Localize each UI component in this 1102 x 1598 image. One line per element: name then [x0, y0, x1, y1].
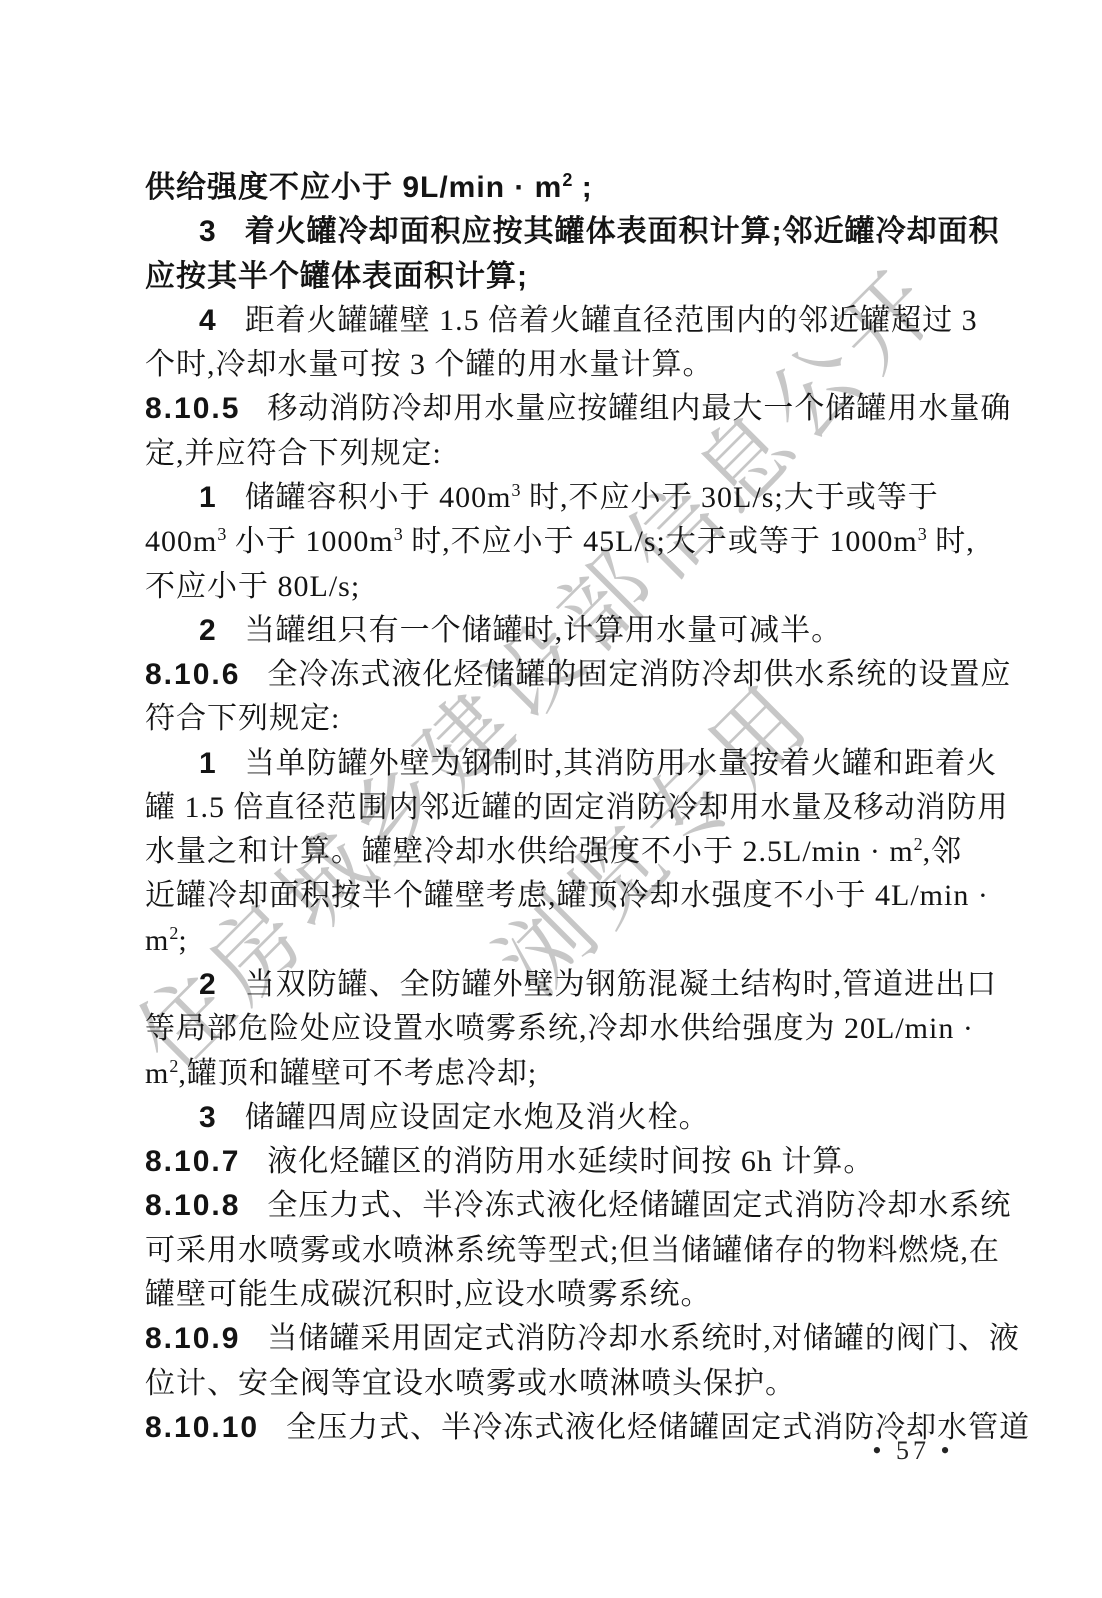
text-run: 全冷冻式液化烃储罐的固定消防冷却供水系统的设置应	[267, 658, 1011, 691]
superscript: 3	[512, 480, 521, 500]
text-line: 罐 1.5 倍直径范围内邻近罐的固定消防冷却用水量及移动消防用	[145, 786, 1009, 830]
text-line: 1当单防罐外壁为钢制时,其消防用水量按着火罐和距着火	[199, 742, 997, 786]
text-line: 2当双防罐、全防罐外壁为钢筋混凝土结构时,管道进出口	[199, 963, 997, 1007]
text-run: 着火罐冷却面积应按其罐体表面积计算;邻近罐冷却面积	[245, 215, 1000, 248]
clause-number: 8.10.8	[145, 1189, 240, 1222]
text-run: 符合下列规定:	[145, 702, 340, 735]
text-run: 时,	[927, 525, 975, 558]
text-run: m	[145, 924, 169, 957]
clause-number: 8.10.6	[145, 658, 240, 691]
text-run: 近罐冷却面积按半个罐壁考虑,罐顶冷却水强度不小于 4L/min ·	[145, 879, 989, 912]
text-line: 8.10.8全压力式、半冷冻式液化烃储罐固定式消防冷却水系统	[145, 1184, 1011, 1228]
text-run: 液化烃罐区的消防用水延续时间按 6h 计算。	[267, 1145, 874, 1178]
clause-number: 2	[199, 614, 218, 647]
text-line: 应按其半个罐体表面积计算;	[145, 255, 528, 299]
text-line: 水量之和计算。罐壁冷却水供给强度不小于 2.5L/min · m2,邻	[145, 830, 962, 877]
clause-number: 1	[199, 481, 218, 514]
text-line: m2;	[145, 919, 188, 966]
document-page: 住房城乡建设部信息公开 浏览专用 供给强度不应小于 9L/min · m2 ;3…	[0, 0, 1102, 1598]
text-run: 个时,冷却水量可按 3 个罐的用水量计算。	[145, 348, 714, 381]
superscript: 3	[217, 524, 226, 544]
text-run: 可采用水喷雾或水喷淋系统等型式;但当储罐储存的物料燃烧,在	[145, 1234, 1000, 1267]
text-run: ,邻	[923, 835, 963, 868]
clause-number: 8.10.9	[145, 1322, 240, 1355]
text-line: 可采用水喷雾或水喷淋系统等型式;但当储罐储存的物料燃烧,在	[145, 1229, 1000, 1273]
clause-number: 8.10.5	[145, 392, 240, 425]
text-run: 储罐四周应设固定水炮及消火栓。	[245, 1101, 710, 1134]
text-line: 近罐冷却面积按半个罐壁考虑,罐顶冷却水强度不小于 4L/min ·	[145, 874, 989, 918]
text-run: 定,并应符合下列规定:	[145, 437, 442, 470]
text-line: 400m3 小于 1000m3 时,不应小于 45L/s;大于或等于 1000m…	[145, 520, 975, 567]
text-run: ;	[178, 924, 187, 957]
text-run: 等局部危险处应设置水喷雾系统,冷却水供给强度为 20L/min ·	[145, 1012, 974, 1045]
text-run: 小于 1000m	[226, 525, 393, 558]
document-body: 供给强度不应小于 9L/min · m2 ;3着火罐冷却面积应按其罐体表面积计算…	[0, 0, 1102, 1598]
clause-number: 8.10.7	[145, 1145, 240, 1178]
text-run: 当双防罐、全防罐外壁为钢筋混凝土结构时,管道进出口	[245, 968, 998, 1001]
text-run: 当单防罐外壁为钢制时,其消防用水量按着火罐和距着火	[245, 747, 998, 780]
text-run: 罐壁可能生成碳沉积时,应设水喷雾系统。	[145, 1278, 712, 1311]
text-run: 供给强度不应小于 9L/min · m	[145, 171, 562, 204]
text-line: 符合下列规定:	[145, 697, 340, 741]
text-line: 2当罐组只有一个储罐时,计算用水量可减半。	[199, 609, 842, 653]
clause-number: 4	[199, 304, 218, 337]
text-line: 3储罐四周应设固定水炮及消火栓。	[199, 1096, 710, 1140]
text-run: 水量之和计算。罐壁冷却水供给强度不小于 2.5L/min · m	[145, 835, 914, 868]
superscript: 3	[394, 524, 403, 544]
text-line: 供给强度不应小于 9L/min · m2 ;	[145, 166, 593, 213]
text-line: 不应小于 80L/s;	[145, 565, 360, 609]
text-run: 400m	[145, 525, 217, 558]
text-run: 位计、安全阀等宜设水喷雾或水喷淋喷头保护。	[145, 1367, 796, 1400]
superscript: 2	[562, 170, 572, 190]
text-line: 位计、安全阀等宜设水喷雾或水喷淋喷头保护。	[145, 1362, 796, 1406]
superscript: 2	[169, 923, 178, 943]
superscript: 2	[914, 834, 923, 854]
text-line: 等局部危险处应设置水喷雾系统,冷却水供给强度为 20L/min ·	[145, 1007, 974, 1051]
text-run: 全压力式、半冷冻式液化烃储罐固定式消防冷却水系统	[267, 1189, 1011, 1222]
text-line: 1储罐容积小于 400m3 时,不应小于 30L/s;大于或等于	[199, 476, 939, 523]
superscript: 3	[918, 524, 927, 544]
text-run: 移动消防冷却用水量应按罐组内最大一个储罐用水量确	[267, 392, 1011, 425]
text-run: 时,不应小于 30L/s;大于或等于	[521, 481, 939, 514]
text-run: 当罐组只有一个储罐时,计算用水量可减半。	[245, 614, 843, 647]
text-run: 应按其半个罐体表面积计算;	[145, 260, 528, 293]
text-run: m	[145, 1057, 169, 1090]
text-line: m2,罐顶和罐壁可不考虑冷却;	[145, 1052, 537, 1099]
page-number: • 57 •	[848, 1436, 978, 1466]
clause-number: 2	[199, 968, 218, 1001]
text-run: 距着火罐罐壁 1.5 倍着火罐直径范围内的邻近罐超过 3	[245, 304, 978, 337]
clause-number: 3	[199, 215, 218, 248]
clause-number: 8.10.10	[145, 1411, 259, 1444]
text-run: 不应小于 80L/s;	[145, 570, 360, 603]
clause-number: 1	[199, 747, 218, 780]
text-line: 8.10.6全冷冻式液化烃储罐的固定消防冷却供水系统的设置应	[145, 653, 1011, 697]
text-run: 罐 1.5 倍直径范围内邻近罐的固定消防冷却用水量及移动消防用	[145, 791, 1009, 824]
superscript: 2	[169, 1056, 178, 1076]
text-line: 8.10.5移动消防冷却用水量应按罐组内最大一个储罐用水量确	[145, 387, 1011, 431]
text-line: 个时,冷却水量可按 3 个罐的用水量计算。	[145, 343, 714, 387]
text-line: 8.10.9当储罐采用固定式消防冷却水系统时,对储罐的阀门、液	[145, 1317, 1020, 1361]
text-run: 储罐容积小于 400m	[245, 481, 512, 514]
text-run: 时,不应小于 45L/s;大于或等于 1000m	[403, 525, 918, 558]
text-line: 定,并应符合下列规定:	[145, 432, 442, 476]
text-line: 4距着火罐罐壁 1.5 倍着火罐直径范围内的邻近罐超过 3	[199, 299, 978, 343]
clause-number: 3	[199, 1101, 218, 1134]
text-run: 当储罐采用固定式消防冷却水系统时,对储罐的阀门、液	[267, 1322, 1020, 1355]
text-line: 罐壁可能生成碳沉积时,应设水喷雾系统。	[145, 1273, 712, 1317]
text-line: 8.10.7液化烃罐区的消防用水延续时间按 6h 计算。	[145, 1140, 874, 1184]
text-run: ;	[572, 171, 592, 204]
text-run: ,罐顶和罐壁可不考虑冷却;	[178, 1057, 537, 1090]
text-line: 3着火罐冷却面积应按其罐体表面积计算;邻近罐冷却面积	[199, 210, 1000, 254]
